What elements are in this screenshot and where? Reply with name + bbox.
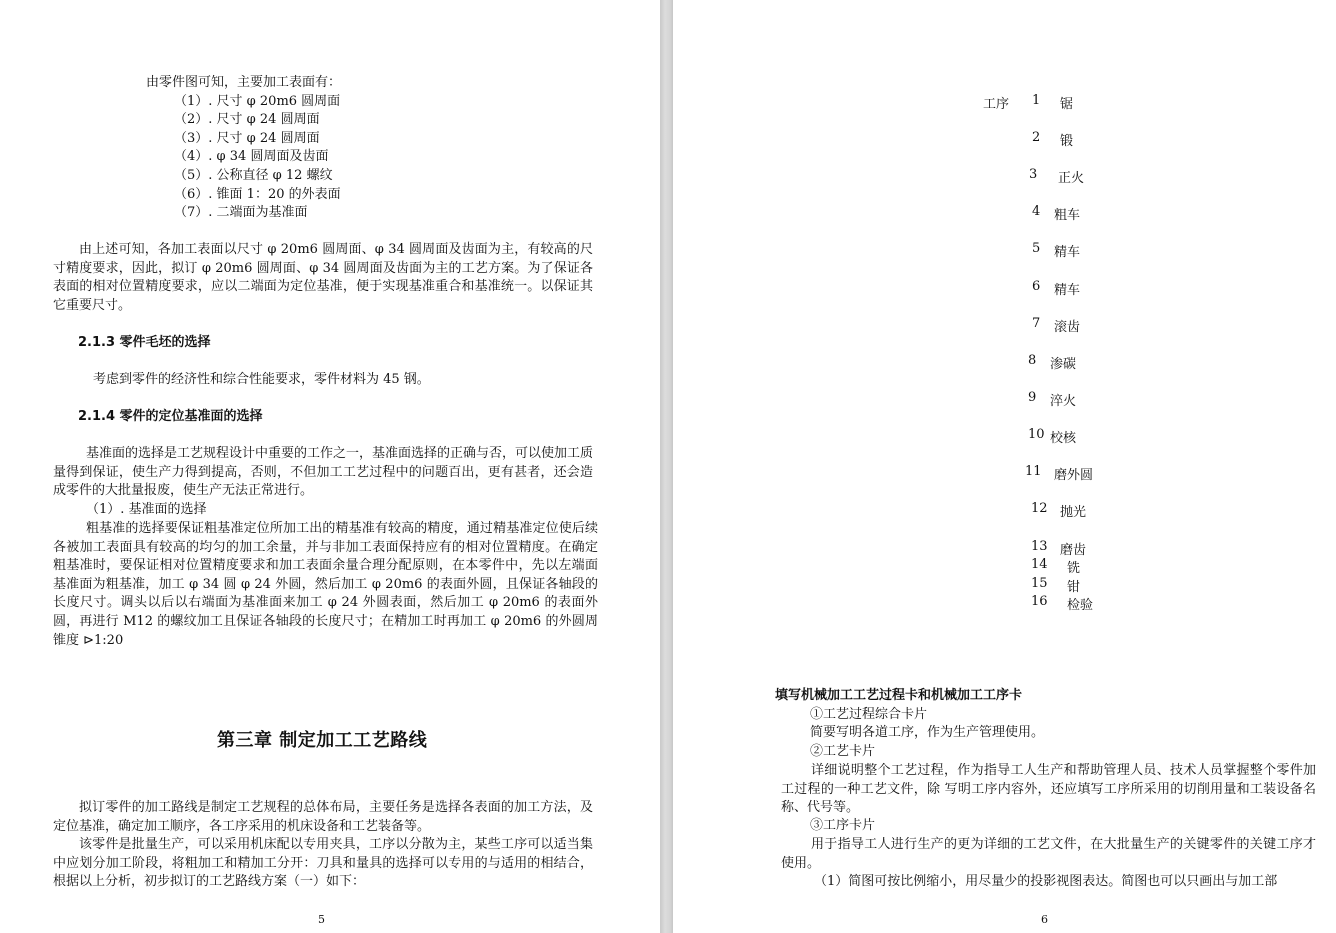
page-number: 6 [1041, 911, 1048, 930]
step-number: 4 [1032, 204, 1040, 219]
step-number: 11 [1025, 464, 1042, 479]
analysis-paragraph: 由上述可知，各加工表面以尺寸 φ 20m6 圆周面、φ 34 圆周面及齿面为主，… [53, 241, 593, 315]
step-name: 检验 [1067, 594, 1093, 613]
step-number: 1 [1032, 93, 1040, 108]
surface-item: （7）. 二端面为基准面 [174, 204, 308, 223]
surface-item: （1）. 尺寸 φ 20m6 圆周面 [174, 93, 340, 112]
step-name: 渗碳 [1050, 353, 1076, 372]
step-name: 磨齿 [1060, 539, 1086, 558]
process-label: 工序 [983, 93, 1009, 112]
material-paragraph: 考虑到零件的经济性和综合性能要求，零件材料为 45 钢。 [93, 371, 430, 390]
step-name: 粗车 [1054, 204, 1080, 223]
section-heading-2-1-3: 2.1.3 零件毛坯的选择 [78, 334, 211, 353]
step-number: 8 [1028, 353, 1036, 368]
card-title-1: ①工艺过程综合卡片 [810, 706, 927, 725]
step-name: 滚齿 [1054, 316, 1080, 335]
route-paragraph: 拟订零件的加工路线是制定工艺规程的总体布局，主要任务是选择各表面的加工方法，及定… [53, 799, 593, 836]
document-page-6: 工序 1 锯 2 锻 3 正火 4 粗车 5 精车 6 精车 7 滚齿 8 渗碳… [673, 0, 1336, 933]
surface-item: （4）. φ 34 圆周面及齿面 [174, 148, 328, 167]
step-number: 2 [1032, 130, 1040, 145]
rough-datum-paragraph: 粗基准的选择要保证粗基准定位所加工出的精基准有较高的精度，通过精基准定位使后续各… [53, 520, 598, 650]
step-number: 14 [1031, 557, 1048, 572]
card-desc-1: 简要写明各道工序，作为生产管理使用。 [810, 724, 1044, 743]
page-number: 5 [318, 911, 325, 930]
step-number: 5 [1032, 241, 1040, 256]
step-name: 锻 [1060, 130, 1073, 149]
batch-paragraph: 该零件是批量生产，可以采用机床配以专用夹具，工序以分散为主，某些工序可以适当集中… [53, 836, 593, 892]
step-name: 精车 [1054, 241, 1080, 260]
surface-item: （5）. 公称直径 φ 12 螺纹 [174, 167, 333, 186]
step-number: 13 [1031, 539, 1048, 554]
chapter-title: 第三章 制定加工工艺路线 [217, 732, 427, 751]
step-number: 9 [1028, 390, 1036, 405]
step-name: 锯 [1060, 93, 1073, 112]
step-number: 7 [1032, 316, 1040, 331]
surface-item: （2）. 尺寸 φ 24 圆周面 [174, 111, 320, 130]
card-title-3: ③工序卡片 [810, 817, 875, 836]
step-name: 抛光 [1060, 501, 1086, 520]
card-desc-3: 用于指导工人进行生产的更为详细的工艺文件，在大批量生产的关键零件的关键工序才使用… [781, 836, 1316, 873]
step-name: 磨外圆 [1054, 464, 1093, 483]
step-number: 12 [1031, 501, 1048, 516]
step-number: 10 [1028, 427, 1045, 442]
surfaces-intro: 由零件图可知，主要加工表面有： [146, 74, 341, 93]
surface-item: （6）. 锥面 1：20 的外表面 [174, 186, 341, 205]
sketch-note: （1）简图可按比例缩小，用尽量少的投影视图表达。简图也可以只画出与加工部 [814, 873, 1277, 892]
section-heading-2-1-4: 2.1.4 零件的定位基准面的选择 [78, 408, 263, 427]
document-page-5: 由零件图可知，主要加工表面有： （1）. 尺寸 φ 20m6 圆周面 （2）. … [0, 0, 660, 933]
step-name: 铣 [1067, 557, 1080, 576]
step-number: 16 [1031, 594, 1048, 609]
datum-paragraph: 基准面的选择是工艺规程设计中重要的工作之一，基准面选择的正确与否，可以使加工质量… [53, 445, 593, 501]
step-name: 淬火 [1050, 390, 1076, 409]
page-gutter [660, 0, 673, 933]
card-desc-2: 详细说明整个工艺过程，作为指导工人生产和帮助管理人员、技术人员掌握整个零件加工过… [781, 762, 1316, 818]
step-number: 15 [1031, 576, 1048, 591]
step-number: 6 [1032, 279, 1040, 294]
process-card-heading: 填写机械加工工艺过程卡和机械加工工序卡 [775, 687, 1022, 706]
datum-subheading: （1）. 基准面的选择 [86, 501, 207, 520]
step-name: 钳 [1067, 576, 1080, 595]
surface-item: （3）. 尺寸 φ 24 圆周面 [174, 130, 320, 149]
step-name: 正火 [1058, 167, 1084, 186]
step-number: 3 [1029, 167, 1037, 182]
step-name: 校核 [1050, 427, 1076, 446]
card-title-2: ②工艺卡片 [810, 743, 875, 762]
step-name: 精车 [1054, 279, 1080, 298]
